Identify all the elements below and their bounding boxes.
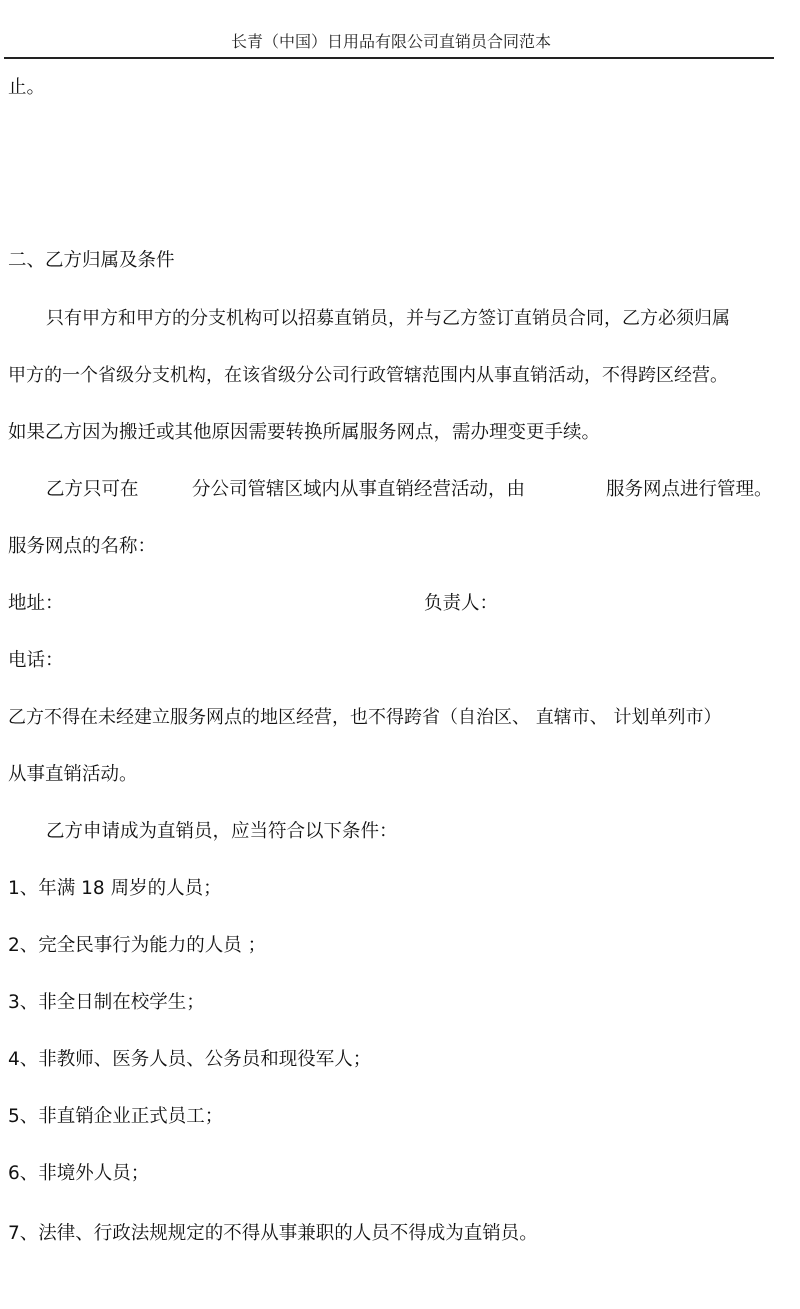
list-item: 4、非教师、医务人员、公务员和现役军人；: [8, 1048, 371, 1072]
continuation-text: 止。: [8, 76, 45, 100]
list-item: 7、法律、行政法规规定的不得从事兼职的人员不得成为直销员。: [8, 1222, 538, 1246]
paragraph-part: 乙方只可在: [46, 478, 139, 502]
page-header: 长青（中国）日用品有限公司直销员合同范本: [0, 0, 800, 60]
paragraph-line: 从事直销活动。: [8, 763, 138, 787]
document-title: 长青（中国）日用品有限公司直销员合同范本: [0, 32, 782, 52]
header-divider: [4, 57, 774, 59]
paragraph-line: 如果乙方因为搬迁或其他原因需要转换所属服务网点，需办理变更手续。: [8, 421, 600, 445]
person-in-charge-label: 负责人：: [424, 592, 498, 616]
conditions-intro: 乙方申请成为直销员，应当符合以下条件：: [46, 820, 398, 844]
address-label: 地址：: [8, 592, 64, 616]
section-heading: 二、乙方归属及条件: [8, 249, 175, 273]
list-item: 1、年满 18 周岁的人员；: [8, 877, 222, 901]
paragraph-line: 乙方不得在未经建立服务网点的地区经营，也不得跨省（自治区、 直辖市、 计划单列市…: [8, 706, 721, 730]
list-item: 2、完全民事行为能力的人员 ；: [8, 934, 266, 958]
phone-label: 电话：: [8, 649, 64, 673]
paragraph-part: 服务网点进行管理。: [606, 478, 773, 502]
paragraph-part: 分公司管辖区域内从事直销经营活动，由: [192, 478, 525, 502]
list-item: 5、非直销企业正式员工；: [8, 1105, 223, 1129]
paragraph-line: 甲方的一个省级分支机构，在该省级分公司行政管辖范围内从事直销活动，不得跨区经营。: [8, 364, 728, 388]
paragraph-line: 只有甲方和甲方的分支机构可以招募直销员，并与乙方签订直销员合同，乙方必须归属: [46, 307, 730, 331]
service-point-name-label: 服务网点的名称：: [8, 535, 156, 559]
list-item: 3、非全日制在校学生；: [8, 991, 205, 1015]
list-item: 6、非境外人员；: [8, 1162, 149, 1186]
